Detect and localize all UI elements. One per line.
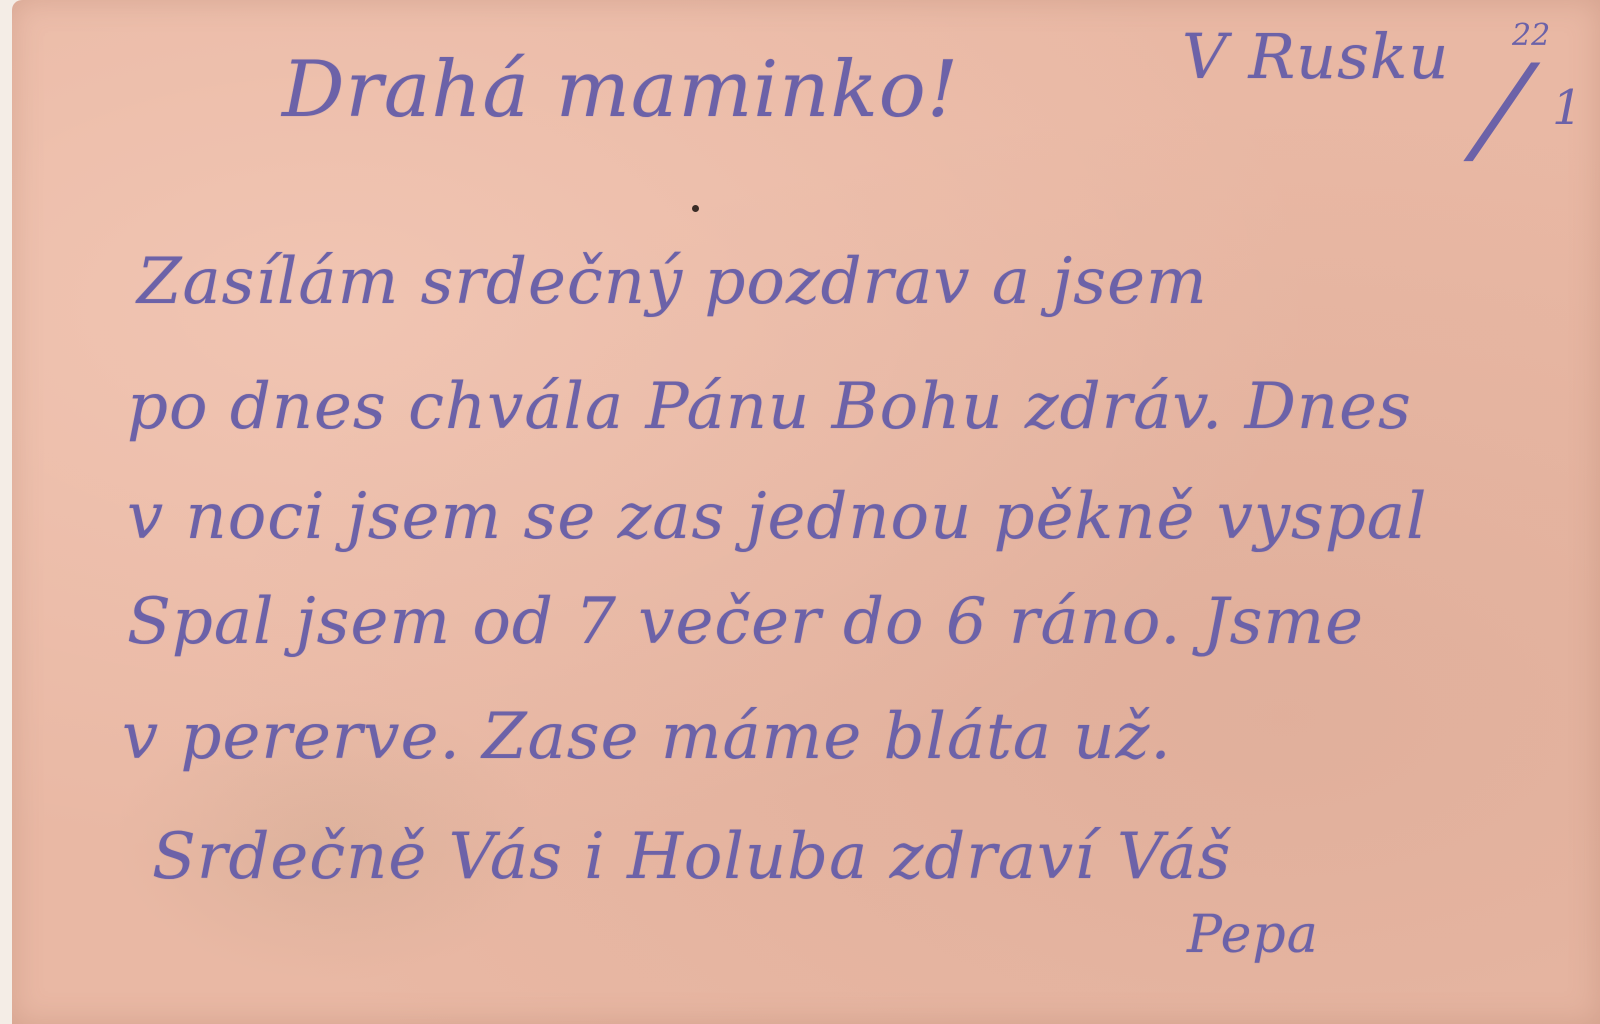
body-line: po dnes chvála Pánu Bohu zdráv. Dnes bbox=[127, 370, 1412, 444]
ink-speck bbox=[692, 205, 699, 212]
date-month: 1 bbox=[1552, 80, 1583, 136]
body-line: Spal jsem od 7 večer do 6 ráno. Jsme bbox=[127, 585, 1364, 659]
postcard: Drahá maminko! V Rusku 22 / 1 Zasílám sr… bbox=[12, 0, 1600, 1024]
body-line: v pererve. Zase máme bláta už. bbox=[122, 700, 1172, 774]
date-separator: / bbox=[1470, 40, 1535, 179]
signature: Pepa bbox=[1187, 905, 1319, 965]
closing-line: Srdečně Vás i Holuba zdraví Váš bbox=[152, 820, 1231, 894]
place-label: V Rusku bbox=[1182, 20, 1449, 93]
body-line: v noci jsem se zas jednou pěkně vyspal bbox=[127, 480, 1427, 554]
body-line: Zasílám srdečný pozdrav a jsem bbox=[137, 245, 1208, 319]
greeting: Drahá maminko! bbox=[282, 45, 959, 135]
